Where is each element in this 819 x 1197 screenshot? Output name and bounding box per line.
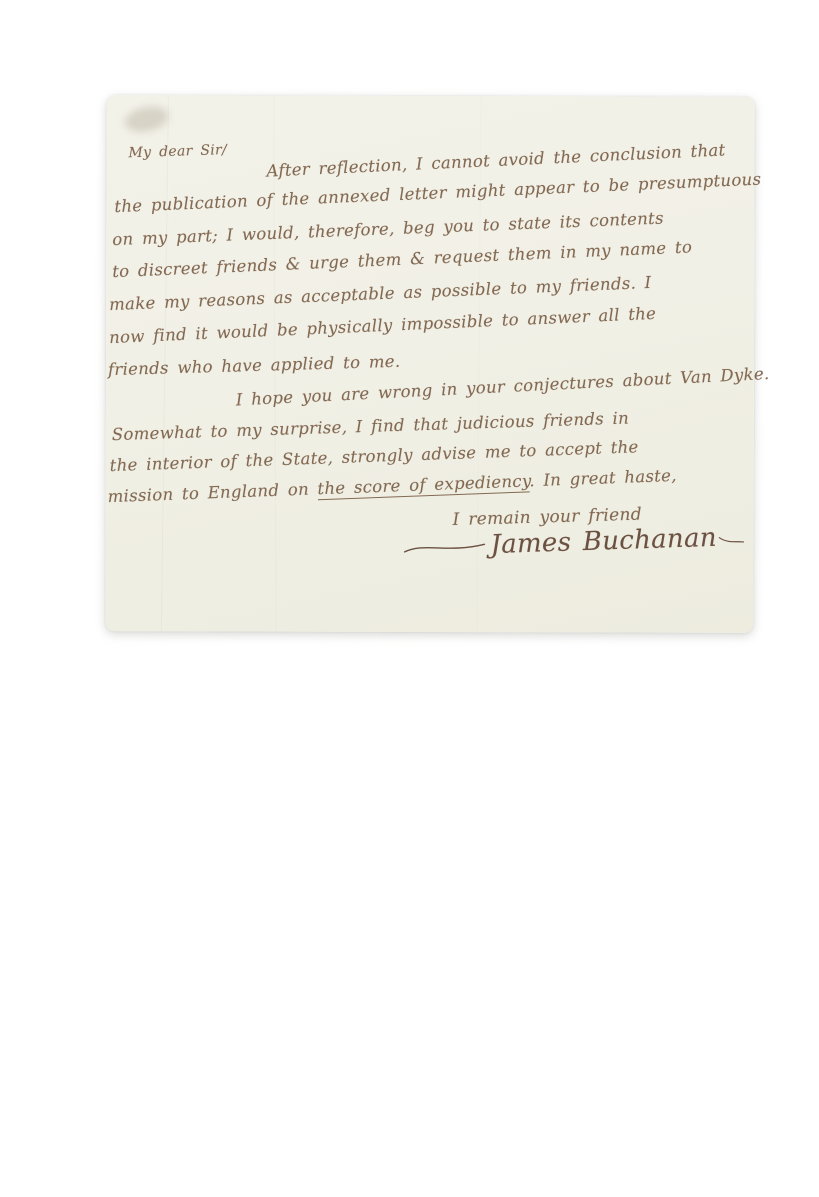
signature: James Buchanan	[490, 523, 717, 560]
letter-line: the publication of the annexed letter mi…	[114, 170, 762, 217]
line-segment: mission to England on	[107, 479, 318, 506]
letter-line: Somewhat to my surprise, I find that jud…	[112, 408, 630, 444]
underlined-phrase: the score of expediency	[317, 471, 530, 500]
letter-page: My dear Sir/ After reflection, I cannot …	[105, 95, 754, 633]
signature-flourish	[402, 530, 487, 563]
pencil-smudge	[123, 103, 171, 136]
letter-photo: My dear Sir/ After reflection, I cannot …	[0, 0, 819, 1197]
letter-line: friends who have applied to me.	[108, 352, 401, 379]
salutation-line: My dear Sir/	[128, 142, 227, 161]
line-segment: . In great haste,	[529, 466, 677, 491]
signature-tail-flourish	[718, 522, 745, 553]
